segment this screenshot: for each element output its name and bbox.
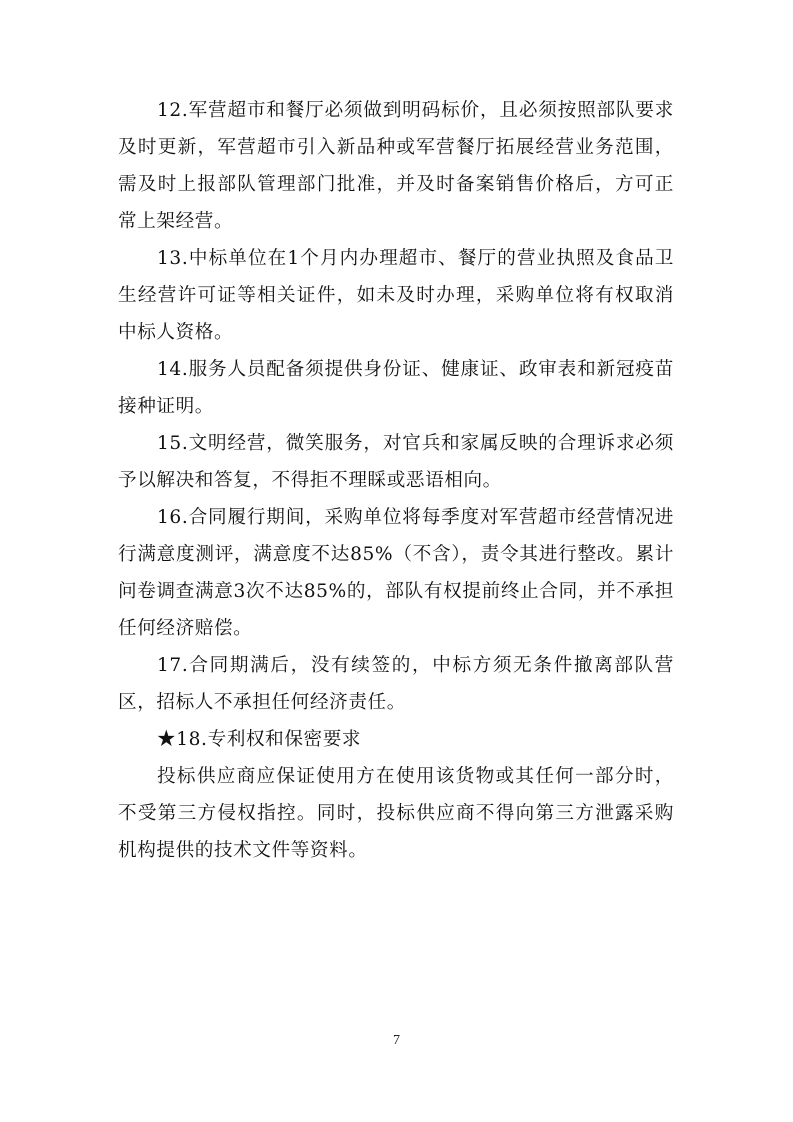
clause-14: 14.服务人员配备须提供身份证、健康证、政审表和新冠疫苗接种证明。 xyxy=(118,351,674,425)
clause-12: 12.军营超市和餐厅必须做到明码标价，且必须按照部队要求及时更新，军营超市引入新… xyxy=(118,92,674,240)
clause-13: 13.中标单位在1个月内办理超市、餐厅的营业执照及食品卫生经营许可证等相关证件，… xyxy=(118,240,674,351)
clause-15: 15.文明经营，微笑服务，对官兵和家属反映的合理诉求必须予以解决和答复，不得拒不… xyxy=(118,425,674,499)
clause-16: 16.合同履行期间，采购单位将每季度对军营超市经营情况进行满意度测评，满意度不达… xyxy=(118,499,674,647)
clause-18-body: 投标供应商应保证使用方在使用该货物或其任何一部分时，不受第三方侵权指控。同时，投… xyxy=(118,758,674,869)
document-body: 12.军营超市和餐厅必须做到明码标价，且必须按照部队要求及时更新，军营超市引入新… xyxy=(118,92,674,869)
page-number: 7 xyxy=(0,1033,793,1049)
clause-17: 17.合同期满后，没有续签的，中标方须无条件撤离部队营区，招标人不承担任何经济责… xyxy=(118,647,674,721)
clause-18-heading: ★18.专利权和保密要求 xyxy=(118,721,674,758)
